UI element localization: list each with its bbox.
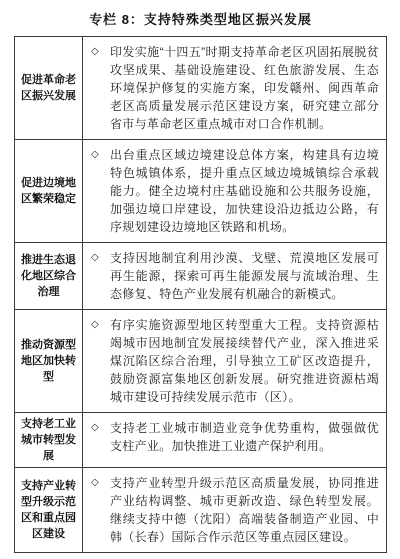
diamond-bullet-icon: ◇ xyxy=(91,419,104,437)
diamond-bullet-icon: ◇ xyxy=(91,316,104,334)
table-row: 推动资源型地区加快转型 ◇ 有序实施资源型地区转型重大工程。支持资源枯竭城市因地… xyxy=(15,309,386,412)
special-regions-table: 促进革命老区振兴发展 ◇ 印发实施“十四五”时期支持革命老区巩固拓展脱贫攻坚成果… xyxy=(14,36,387,553)
row-content-cell: ◇ 出台重点区域边境建设总体方案，构建具有边境特色城镇体系，提升重点区域边境城镇… xyxy=(83,140,386,242)
table-row: 支持老工业城市转型发展 ◇ 支持老工业城市制造业竞争优势重构，做强做优支柱产业。… xyxy=(15,412,386,467)
row-category-label: 推进生态退化地区综合治理 xyxy=(15,243,83,309)
row-content-cell: ◇ 印发实施“十四五”时期支持革命老区巩固拓展脱贫攻坚成果、基础设施建设、红色旅… xyxy=(83,37,386,139)
row-category-label: 支持老工业城市转型发展 xyxy=(15,413,83,467)
row-category-label: 促进革命老区振兴发展 xyxy=(15,37,83,139)
table-row: 促进革命老区振兴发展 ◇ 印发实施“十四五”时期支持革命老区巩固拓展脱贫攻坚成果… xyxy=(15,37,386,139)
row-description-text: 印发实施“十四五”时期支持革命老区巩固拓展脱贫攻坚成果、基础设施建设、红色旅游发… xyxy=(110,43,379,133)
row-content-cell: ◇ 支持因地制宜利用沙漠、戈壁、荒漠地区发展可再生能源，探索可再生能源发展与流域… xyxy=(83,243,386,309)
diamond-bullet-icon: ◇ xyxy=(91,249,104,267)
diamond-bullet-icon: ◇ xyxy=(91,146,104,164)
diamond-bullet-icon: ◇ xyxy=(91,474,104,492)
row-description-text: 支持老工业城市制造业竞争优势重构，做强做优支柱产业。加快推进工业遗产保护利用。 xyxy=(110,419,379,455)
table-row: 推进生态退化地区综合治理 ◇ 支持因地制宜利用沙漠、戈壁、荒漠地区发展可再生能源… xyxy=(15,242,386,309)
row-category-label: 支持产业转型升级示范区和重点园区建设 xyxy=(15,468,83,552)
diamond-bullet-icon: ◇ xyxy=(91,43,104,61)
row-category-label: 推动资源型地区加快转型 xyxy=(15,310,83,412)
row-description-text: 支持产业转型升级示范区高质量发展，协同推进产业结构调整、城市更新改造、绿色转型发… xyxy=(110,474,379,546)
table-row: 促进边境地区繁荣稳定 ◇ 出台重点区域边境建设总体方案，构建具有边境特色城镇体系… xyxy=(15,139,386,242)
row-content-cell: ◇ 支持老工业城市制造业竞争优势重构，做强做优支柱产业。加快推进工业遗产保护利用… xyxy=(83,413,386,467)
row-description-text: 出台重点区域边境建设总体方案，构建具有边境特色城镇体系，提升重点区域边境城镇综合… xyxy=(110,146,379,236)
row-content-cell: ◇ 有序实施资源型地区转型重大工程。支持资源枯竭城市因地制宜发展接续替代产业，深… xyxy=(83,310,386,412)
row-description-text: 支持因地制宜利用沙漠、戈壁、荒漠地区发展可再生能源，探索可再生能源发展与流域治理… xyxy=(110,249,379,303)
document-page: 专栏 8：支持特殊类型地区振兴发展 促进革命老区振兴发展 ◇ 印发实施“十四五”… xyxy=(0,0,400,559)
row-category-label: 促进边境地区繁荣稳定 xyxy=(15,140,83,242)
row-content-cell: ◇ 支持产业转型升级示范区高质量发展，协同推进产业结构调整、城市更新改造、绿色转… xyxy=(83,468,386,552)
box-title: 专栏 8：支持特殊类型地区振兴发展 xyxy=(14,7,387,36)
row-description-text: 有序实施资源型地区转型重大工程。支持资源枯竭城市因地制宜发展接续替代产业，深入推… xyxy=(110,316,379,406)
table-row: 支持产业转型升级示范区和重点园区建设 ◇ 支持产业转型升级示范区高质量发展，协同… xyxy=(15,467,386,552)
